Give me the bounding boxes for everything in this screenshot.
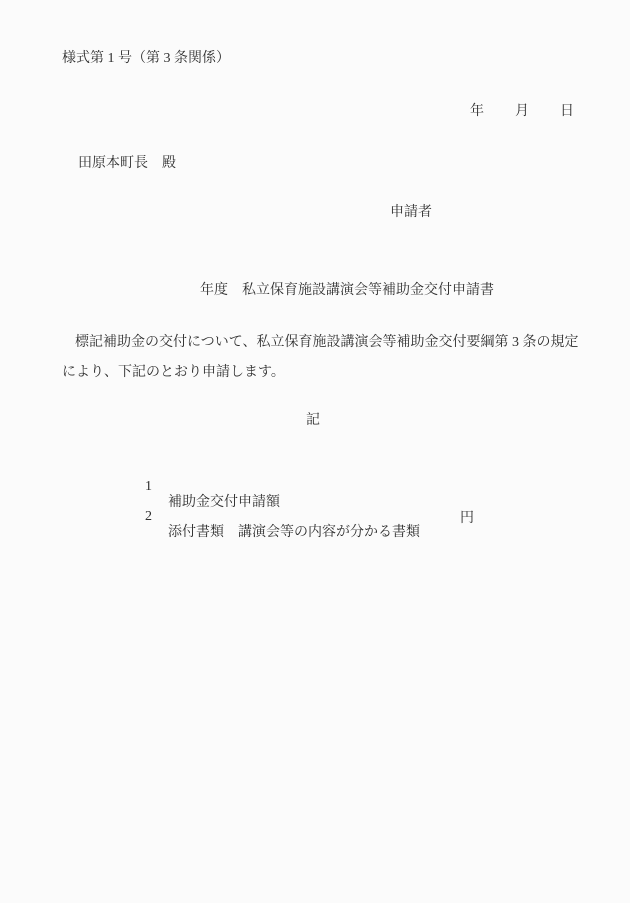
document-title: 年度 私立保育施設講演会等補助金交付申請書 <box>200 283 494 299</box>
body-paragraph-line-1: 標記補助金の交付について、私立保育施設講演会等補助金交付要綱第 3 条の規定 <box>75 335 578 351</box>
date-year-label: 年 <box>470 104 484 120</box>
item-2-label: 添付書類 講演会等の内容が分かる書類 <box>168 525 420 541</box>
form-number: 様式第 1 号（第 3 条関係） <box>62 51 230 67</box>
applicant-label: 申請者 <box>390 205 432 221</box>
item-2-number: 2 <box>145 509 152 525</box>
item-1-unit: 円 <box>460 511 474 527</box>
ki-marker: 記 <box>306 413 320 429</box>
body-paragraph-line-2: により、下記のとおり申請します。 <box>62 365 285 381</box>
list-item-2: 2 添付書類 講演会等の内容が分かる書類 <box>0 493 630 509</box>
date-month-label: 月 <box>515 104 529 120</box>
document-page: 様式第 1 号（第 3 条関係） 年 月 日 田原本町長 殿 申請者 年度 私立… <box>0 0 630 903</box>
date-day-label: 日 <box>560 104 574 120</box>
addressee: 田原本町長 殿 <box>78 156 176 172</box>
date-line: 年 月 日 <box>470 104 574 120</box>
list-item-1: 1 補助金交付申請額 円 <box>0 463 630 479</box>
